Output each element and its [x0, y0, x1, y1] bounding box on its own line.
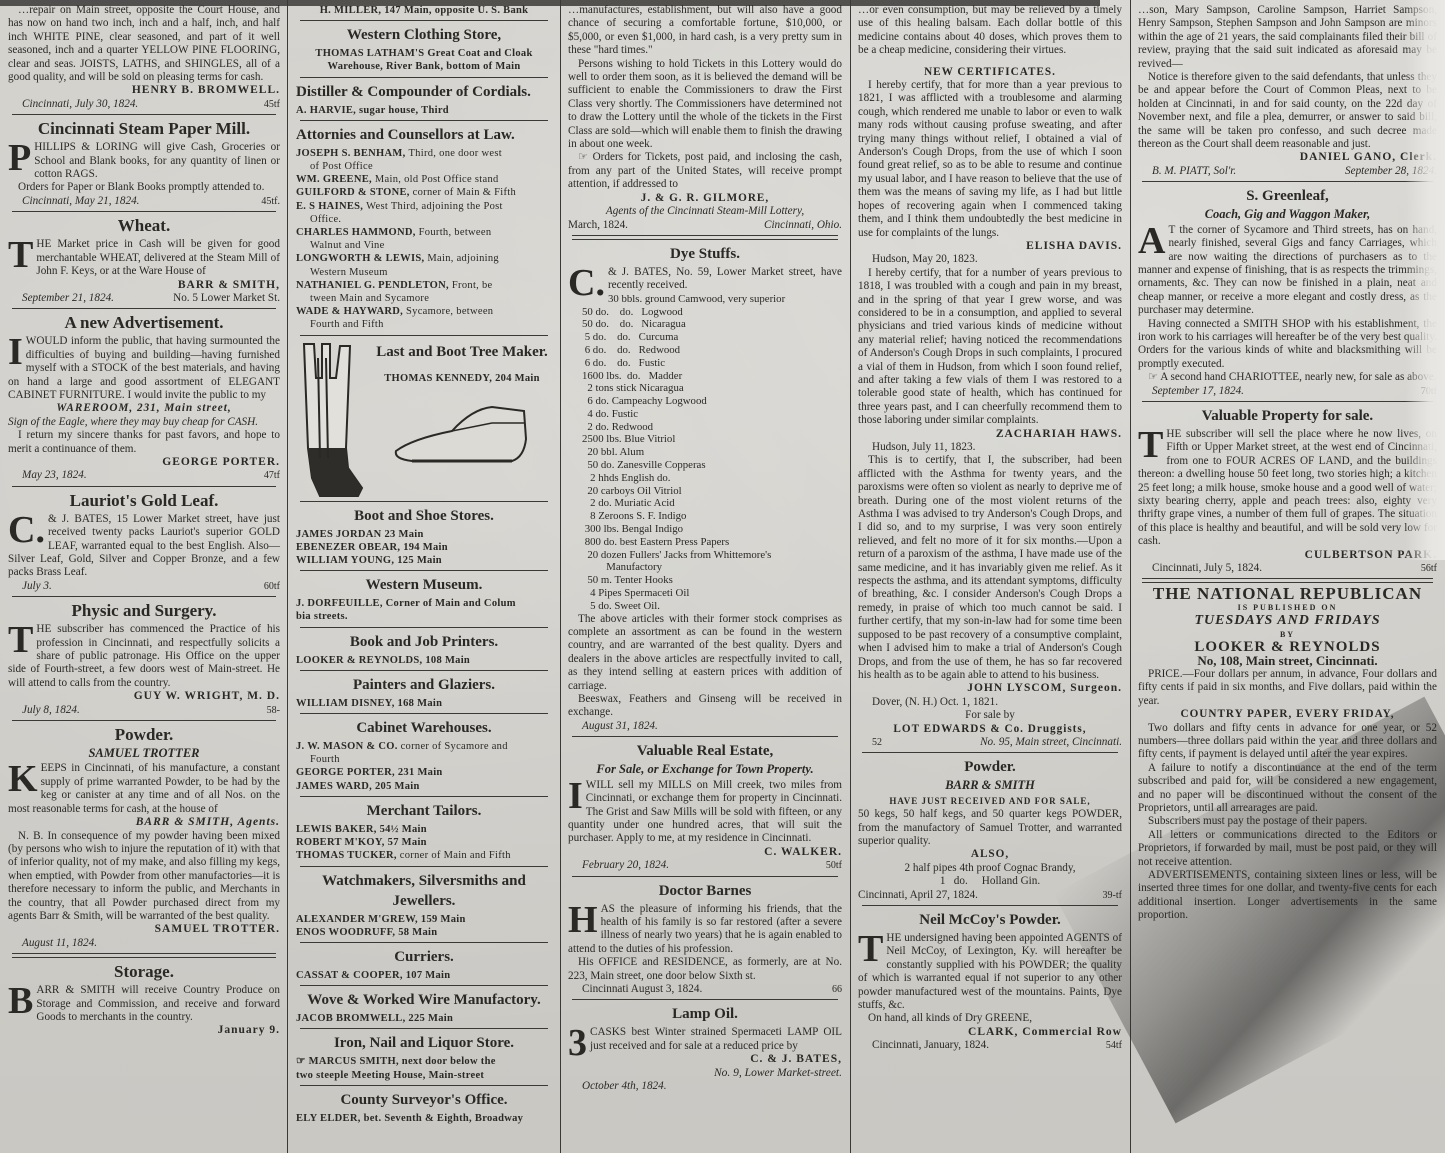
ad-body: CASKS best Winter strained Spermaceti LA… [568, 1026, 842, 1053]
discontinue-terms: A failure to notify a discontinuance at … [1138, 762, 1437, 816]
ad-valuable-property: Valuable Property for sale. T HE subscri… [1138, 406, 1437, 575]
divider [1142, 401, 1433, 402]
divider [12, 720, 276, 721]
divider [300, 570, 548, 571]
seller-line: LOT EDWARDS & Co. Druggists, [858, 723, 1122, 736]
dateline: B. M. PIATT, Sol'r.September 28, 1824. [1138, 165, 1437, 178]
list-item: 2 do. Redwood [568, 421, 842, 434]
ad-title: Powder. [8, 725, 280, 745]
ad-title: Doctor Barnes [568, 881, 842, 901]
ad-title: Storage. [8, 962, 280, 982]
column-1: …repair on Main street, opposite the Cou… [0, 0, 288, 1153]
publisher-address: No, 108, Main street, Cincinnati. [1138, 654, 1437, 667]
ad-body: …repair on Main street, opposite the Cou… [8, 4, 280, 84]
ad-subtitle: Coach, Gig and Waggon Maker, [1138, 208, 1437, 221]
list-item: 20 bbl. Alum [568, 446, 842, 459]
ad-body: Orders for Paper or Blank Books promptly… [8, 181, 280, 194]
signature: GEORGE PORTER. [8, 456, 280, 469]
certificate-text: This is to certify, that I, the subscrib… [858, 454, 1122, 682]
ad-powder-trotter: Powder. SAMUEL TROTTER K EEPS in Cincinn… [8, 725, 280, 950]
divider [300, 335, 548, 336]
drop-cap: A [1138, 226, 1165, 256]
dateline: Cincinnati, April 27, 1824.39-tf [858, 889, 1122, 902]
dateline: Hudson, May 20, 1823. [858, 253, 1122, 266]
listing-line: WILLIAM DISNEY, 168 Main [296, 697, 552, 710]
ad-real-estate: Valuable Real Estate, For Sale, or Excha… [568, 741, 842, 872]
drop-cap: K [8, 764, 38, 794]
list-item: 5 do. Sweet Oil. [568, 600, 842, 613]
advertisement-terms: ADVERTISEMENTS, containing sixteen lines… [1138, 869, 1437, 923]
ad-title: County Surveyor's Office. [296, 1090, 552, 1110]
dateline: August 31, 1824. [568, 720, 842, 733]
signature: J. & G. R. GILMORE, [568, 192, 842, 205]
ad-body: 50 kegs, 50 half kegs, and 50 quarter ke… [858, 808, 1122, 848]
divider [300, 866, 548, 867]
listing-line: H. MILLER, 147 Main, opposite U. S. Bank [296, 4, 552, 17]
divider [1142, 181, 1433, 182]
list-item: 6 do. do. Redwood [568, 344, 842, 357]
signature: ELISHA DAVIS. [858, 240, 1122, 253]
divider [300, 501, 548, 502]
dateline: 52No. 95, Main street, Cincinnati. [858, 736, 1122, 749]
ad-title: Physic and Surgery. [8, 601, 280, 621]
list-item: EBENEZER OBEAR, 194 Main [296, 541, 552, 554]
ad-title: Cincinnati Steam Paper Mill. [8, 119, 280, 139]
list-item: ENOS WOODRUFF, 58 Main [296, 926, 552, 939]
divider [300, 713, 548, 714]
ad-body: …manufactures, establishment, but will a… [568, 4, 842, 58]
signature: C. WALKER. [568, 846, 842, 859]
drop-cap: T [8, 240, 33, 270]
list-item: WADE & HAYWARD, Sycamore, betweenFourth … [296, 305, 552, 331]
ad-title: Dye Stuffs. [568, 244, 842, 264]
ad-title: Western Museum. [296, 575, 552, 595]
list-item: Manufactory [568, 561, 842, 574]
ad-body: ARR & SMITH will receive Country Produce… [8, 984, 280, 1024]
listing-line: ☞ MARCUS SMITH, next door below the [296, 1055, 552, 1068]
list-item: 2 tons stick Nicaragua [568, 382, 842, 395]
signature: CULBERTSON PARK. [1138, 549, 1437, 562]
divider [572, 876, 838, 877]
ad-body: Having connected a SMITH SHOP with his e… [1138, 318, 1437, 372]
signature: BARR & SMITH, [8, 279, 280, 292]
paper-title: THE NATIONAL REPUBLICAN [1138, 587, 1437, 600]
ad-title: Painters and Glaziers. [296, 675, 552, 695]
ad-body: AS the pleasure of informing his friends… [568, 903, 842, 957]
list-item: 50 do. do. Nicaragua [568, 318, 842, 331]
ad-title: Powder. [858, 757, 1122, 777]
list-item: LEWIS BAKER, 54½ Main [296, 823, 552, 836]
ad-body: …son, Mary Sampson, Caroline Sampson, Ha… [1138, 4, 1437, 71]
list-item: 4 do. Fustic [568, 408, 842, 421]
ad-body: The above articles with their former sto… [568, 613, 842, 693]
column-3: …manufactures, establishment, but will a… [560, 0, 850, 1153]
publication-days: TUESDAYS AND FRIDAYS [1138, 614, 1437, 627]
listing-line: THOMAS LATHAM'S Great Coat and Cloak [296, 47, 552, 60]
list-item: LONGWORTH & LEWIS, Main, adjoiningWester… [296, 252, 552, 278]
list-item: 1600 lbs. do. Madder [568, 370, 842, 383]
ad-title: Last and Boot Tree Maker. [372, 342, 552, 362]
divider [300, 1028, 548, 1029]
divider [300, 796, 548, 797]
ad-body: Notice is therefore given to the said de… [1138, 71, 1437, 151]
signature: ZACHARIAH HAWS. [858, 428, 1122, 441]
dateline: Cincinnati, July 30, 1824.45tf [8, 98, 280, 111]
drop-cap: T [8, 625, 33, 655]
list-item: 8 Zeroons S. F. Indigo [568, 510, 842, 523]
list-item: 300 lbs. Bengal Indigo [568, 523, 842, 536]
divider [12, 211, 276, 212]
also-line: ALSO, [858, 848, 1122, 861]
list-item: JOSEPH S. BENHAM, Third, one door westof… [296, 147, 552, 173]
dateline: Cincinnati, May 21, 1824.45tf. [8, 195, 280, 208]
ad-title: Iron, Nail and Liquor Store. [296, 1033, 552, 1053]
ad-title: Wove & Worked Wire Manufactory. [296, 990, 552, 1010]
ad-body: On hand, all kinds of Dry GREENE, [858, 1012, 1122, 1025]
list-item: ROBERT M'KOY, 57 Main [296, 836, 552, 849]
drop-cap: T [858, 934, 883, 964]
dateline: Cincinnati, July 5, 1824.56tf [1138, 562, 1437, 575]
divider [862, 752, 1118, 753]
divider [572, 999, 838, 1000]
listing-line: THOMAS KENNEDY, 204 Main [372, 372, 552, 385]
divider [300, 20, 548, 21]
ad-neil-mccoy-powder: Neil McCoy's Powder. T HE undersigned ha… [858, 910, 1122, 1053]
ad-dye-stuffs: Dye Stuffs. C. & J. BATES, No. 59, Lower… [568, 244, 842, 733]
divider [12, 953, 276, 958]
ad-greenleaf-coach-maker: S. Greenleaf, Coach, Gig and Waggon Make… [1138, 186, 1437, 398]
ad-powder-barr-smith: Powder. BARR & SMITH HAVE JUST RECEIVED … [858, 757, 1122, 902]
ad-body: HE subscriber has commenced the Practice… [8, 623, 280, 690]
listing-line: JACOB BROMWELL, 225 Main [296, 1012, 552, 1025]
column-5: …son, Mary Sampson, Caroline Sampson, Ha… [1130, 0, 1445, 1153]
listing-line: J. DORFEUILLE, Corner of Main and Colum [296, 597, 552, 610]
list-item: GEORGE PORTER, 231 Main [296, 766, 552, 779]
ad-title: S. Greenleaf, [1138, 186, 1437, 206]
ad-attornies: Attornies and Counsellors at Law. JOSEPH… [296, 125, 552, 332]
list-item: 2500 lbs. Blue Vitriol [568, 433, 842, 446]
divider [862, 905, 1118, 906]
ad-chancery-notice: …son, Mary Sampson, Caroline Sampson, Ha… [1138, 4, 1437, 178]
ad-gold-leaf: Lauriot's Gold Leaf. C. & J. BATES, 15 L… [8, 491, 280, 593]
publisher-name: LOOKER & REYNOLDS [1138, 641, 1437, 654]
ad-title: Merchant Tailors. [296, 801, 552, 821]
divider [300, 627, 548, 628]
ad-body: WOULD inform the public, that having sur… [8, 335, 280, 402]
listing-line: A. HARVIE, sugar house, Third [296, 104, 552, 117]
ad-boot-shoe-stores: Boot and Shoe Stores. JAMES JORDAN 23 Ma… [296, 506, 552, 568]
ad-title: Distiller & Compounder of Cordials. [296, 82, 552, 102]
ad-title: Lauriot's Gold Leaf. [8, 491, 280, 511]
listing-line: CASSAT & COOPER, 107 Main [296, 969, 552, 982]
list-item: 4 Pipes Spermaceti Oil [568, 587, 842, 600]
list-item: 50 m. Tenter Hooks [568, 574, 842, 587]
signature: DANIEL GANO, Clerk. [1138, 151, 1437, 164]
list-item: 30 bbls. ground Camwood, very superior [568, 293, 842, 306]
ad-body: …or even consumption, but may be relieve… [858, 4, 1122, 58]
dye-item-list: 30 bbls. ground Camwood, very superior 5… [568, 293, 842, 613]
ad-subtitle: For Sale, or Exchange for Town Property. [568, 763, 842, 776]
ad-western-museum: Western Museum. J. DORFEUILLE, Corner of… [296, 575, 552, 623]
ad-title: Western Clothing Store, [296, 25, 552, 45]
list-item: 20 carboys Oil Vitriol [568, 485, 842, 498]
certificate-text: I hereby certify, that for more than a y… [858, 79, 1122, 240]
ad-title: Valuable Real Estate, [568, 741, 842, 761]
signature: HENRY B. BROMWELL. [8, 84, 280, 97]
ad-subtitle: SAMUEL TROTTER [8, 747, 280, 760]
ad-body: Persons wishing to hold Tickets in this … [568, 58, 842, 152]
divider [300, 670, 548, 671]
divider [1142, 578, 1433, 583]
ad-body: EEPS in Cincinnati, of his manufacture, … [8, 762, 280, 816]
dateline: September 17, 1824.70tf [1138, 385, 1437, 398]
list-item: CHARLES HAMMOND, Fourth, betweenWalnut a… [296, 226, 552, 252]
list-item: WILLIAM YOUNG, 125 Main [296, 554, 552, 567]
drop-cap: H [568, 905, 598, 935]
ad-title: Neil McCoy's Powder. [858, 910, 1122, 930]
ad-title: Lamp Oil. [568, 1004, 842, 1024]
list-item: 50 do. Zanesville Copperas [568, 459, 842, 472]
ad-cabinet-warehouses: Cabinet Warehouses. J. W. MASON & CO. co… [296, 718, 552, 793]
list-item: 5 do. do. Curcuma [568, 331, 842, 344]
ad-watchmakers: Watchmakers, Silversmiths and Jewellers.… [296, 871, 552, 939]
shoe-last-illustration-icon [392, 399, 532, 469]
ad-body: I return my sincere thanks for past favo… [8, 429, 280, 456]
signature: SAMUEL TROTTER. [8, 923, 280, 936]
ad-merchant-tailors: Merchant Tailors. LEWIS BAKER, 54½ Main … [296, 801, 552, 863]
list-item: GUILFORD & STONE, corner of Main & Fifth [296, 186, 552, 199]
ad-body: WILL sell my MILLS on Mill creek, two mi… [568, 779, 842, 846]
list-item: JAMES WARD, 205 Main [296, 780, 552, 793]
attorney-list: JOSEPH S. BENHAM, Third, one door westof… [296, 147, 552, 332]
divider [300, 77, 548, 78]
list-item: 20 dozen Fullers' Jacks from Whittemore'… [568, 549, 842, 562]
ad-western-clothing: Western Clothing Store, THOMAS LATHAM'S … [296, 25, 552, 73]
list-item: 800 do. best Eastern Press Papers [568, 536, 842, 549]
ad-curriers: Curriers. CASSAT & COOPER, 107 Main [296, 947, 552, 982]
ad-bromwell-lumber: …repair on Main street, opposite the Cou… [8, 4, 280, 111]
ad-title: Curriers. [296, 947, 552, 967]
ad-printers: Book and Job Printers. LOOKER & REYNOLDS… [296, 632, 552, 667]
letters-terms: All letters or communications directed t… [1138, 829, 1437, 869]
divider [300, 942, 548, 943]
listing-line: ELY ELDER, bet. Seventh & Eighth, Broadw… [296, 1112, 552, 1125]
list-item: JAMES JORDAN 23 Main [296, 528, 552, 541]
drop-cap: I [8, 337, 23, 367]
list-item: J. W. MASON & CO. corner of Sycamore and… [296, 740, 552, 766]
certificate-text: I hereby certify, that for a number of y… [858, 267, 1122, 428]
drop-cap: T [1138, 430, 1163, 460]
dateline: May 23, 1824.47tf [8, 469, 280, 482]
column-2: H. MILLER, 147 Main, opposite U. S. Bank… [288, 0, 560, 1153]
ad-body: HE undersigned having been appointed AGE… [858, 932, 1122, 1012]
signature: JOHN LYSCOM, Surgeon. [858, 682, 1122, 695]
list-item: 1 do. Holland Gin. [858, 875, 1122, 888]
dateline: January 9. [8, 1024, 280, 1037]
drop-cap: P [8, 143, 31, 173]
dateline: August 11, 1824. [8, 937, 280, 950]
divider [12, 114, 276, 115]
ad-county-surveyor: County Surveyor's Office. ELY ELDER, bet… [296, 1090, 552, 1125]
divider [572, 736, 838, 737]
ad-painters-glaziers: Painters and Glaziers. WILLIAM DISNEY, 1… [296, 675, 552, 710]
drop-cap: C. [568, 268, 605, 298]
ad-body: & J. BATES, 15 Lower Market street, have… [8, 513, 280, 580]
list-item: NATHANIEL G. PENDLETON, Front, between M… [296, 279, 552, 305]
dateline: July 3.60tf [8, 580, 280, 593]
ad-title: Valuable Property for sale. [1138, 406, 1437, 426]
national-republican-masthead: THE NATIONAL REPUBLICAN IS PUBLISHED ON … [1138, 587, 1437, 922]
list-item: 2 half pipes 4th proof Cognac Brandy, [858, 862, 1122, 875]
ad-body: T the corner of Sycamore and Third stree… [1138, 224, 1437, 318]
country-paper-heading: COUNTRY PAPER, EVERY FRIDAY, [1138, 708, 1437, 721]
ad-storage: Storage. B ARR & SMITH will receive Coun… [8, 962, 280, 1038]
list-item: WM. GREENE, Main, old Post Office stand [296, 173, 552, 186]
ad-wheat: Wheat. T HE Market price in Cash will be… [8, 216, 280, 305]
ad-title: Cabinet Warehouses. [296, 718, 552, 738]
section-heading: NEW CERTIFICATES. [858, 66, 1122, 79]
for-sale-line: For sale by [858, 709, 1122, 722]
torn-paper-edge [1405, 0, 1445, 560]
list-item: ALEXANDER M'GREW, 159 Main [296, 913, 552, 926]
list-item: 6 do. do. Fustic [568, 357, 842, 370]
listing-line: two steeple Meeting House, Main-street [296, 1069, 552, 1082]
drop-cap: 3 [568, 1028, 587, 1058]
list-item: 2 hhds English do. [568, 472, 842, 485]
listing-line: bia streets. [296, 610, 552, 623]
column-4: …or even consumption, but may be relieve… [850, 0, 1130, 1153]
list-item: E. S HAINES, West Third, adjoining the P… [296, 200, 552, 226]
price-terms: PRICE.—Four dollars per annum, in advanc… [1138, 668, 1437, 708]
ad-steam-mill-lottery: …manufactures, establishment, but will a… [568, 4, 842, 232]
boot-tree-illustration-icon [296, 338, 366, 498]
ad-title: Wheat. [8, 216, 280, 236]
ad-body: HILLIPS & LORING will give Cash, Groceri… [8, 141, 280, 181]
ad-title: Attornies and Counsellors at Law. [296, 125, 552, 145]
ad-body: His OFFICE and RESIDENCE, as formerly, a… [568, 956, 842, 983]
divider [572, 235, 838, 240]
ad-body: & J. BATES, No. 59, Lower Market street,… [568, 266, 842, 293]
address-line: No. 9, Lower Market-street. [568, 1067, 842, 1080]
ad-last-boot-tree-maker: Last and Boot Tree Maker. THOMAS KENNEDY… [296, 338, 552, 498]
drop-cap: C. [8, 515, 45, 545]
divider [300, 985, 548, 986]
dateline: February 20, 1824.50tf [568, 859, 842, 872]
list-item: 50 do. do. Logwood [568, 306, 842, 319]
list-item: THOMAS TUCKER, corner of Main and Fifth [296, 849, 552, 862]
dateline: July 8, 1824.58- [8, 704, 280, 717]
divider [12, 308, 276, 309]
signature: GUY W. WRIGHT, M. D. [8, 690, 280, 703]
dateline: March, 1824.Cincinnati, Ohio. [568, 219, 842, 232]
dateline: Cincinnati, January, 1824.54tf [858, 1039, 1122, 1052]
list-item: 2 do. Muriatic Acid [568, 497, 842, 510]
ad-title: Watchmakers, Silversmiths and Jewellers. [296, 871, 552, 911]
postage-terms: Subscribers must pay the postage of thei… [1138, 815, 1437, 828]
ad-title: Book and Job Printers. [296, 632, 552, 652]
ad-body: HE Market price in Cash will be given fo… [8, 238, 280, 278]
divider [12, 596, 276, 597]
dateline: Hudson, July 11, 1823. [858, 441, 1122, 454]
listing-line: Warehouse, River Bank, bottom of Main [296, 60, 552, 73]
ad-body: Sign of the Eagle, where they may buy ch… [8, 416, 280, 429]
ad-body: ☞ Orders for Tickets, post paid, and inc… [568, 151, 842, 191]
ad-iron-nail-liquor: Iron, Nail and Liquor Store. ☞ MARCUS SM… [296, 1033, 552, 1081]
drop-cap: B [8, 986, 33, 1016]
agents-line: Agents of the Cincinnati Steam-Mill Lott… [568, 205, 842, 218]
ad-body: ☞ A second hand CHARIOTTEE, nearly new, … [1138, 371, 1437, 384]
dateline: Dover, (N. H.) Oct. 1, 1821. [858, 696, 1122, 709]
ad-distiller: Distiller & Compounder of Cordials. A. H… [296, 82, 552, 117]
ad-lamp-oil: Lamp Oil. 3 CASKS best Winter strained S… [568, 1004, 842, 1093]
ad-title: Boot and Shoe Stores. [296, 506, 552, 526]
ad-wire-manufactory: Wove & Worked Wire Manufactory. JACOB BR… [296, 990, 552, 1025]
signature: C. & J. BATES, [568, 1053, 842, 1066]
divider [12, 486, 276, 487]
listing-line: LOOKER & REYNOLDS, 108 Main [296, 654, 552, 667]
dateline: October 4th, 1824. [568, 1080, 842, 1093]
ad-subtitle: BARR & SMITH [858, 779, 1122, 792]
signature: CLARK, Commercial Row [858, 1026, 1122, 1039]
divider [300, 120, 548, 121]
ad-physic-surgery: Physic and Surgery. T HE subscriber has … [8, 601, 280, 717]
list-item: 6 do. Campeachy Logwood [568, 395, 842, 408]
ad-steam-paper-mill: Cincinnati Steam Paper Mill. P HILLIPS &… [8, 119, 280, 208]
drop-cap: I [568, 781, 583, 811]
ad-title: A new Advertisement. [8, 313, 280, 333]
dateline: September 21, 1824.No. 5 Lower Market St… [8, 292, 280, 305]
ad-doctor-barnes: Doctor Barnes H AS the pleasure of infor… [568, 881, 842, 997]
agents-line: BARR & SMITH, Agents. [8, 816, 280, 829]
ad-body: N. B. In consequence of my powder having… [8, 830, 280, 924]
wareroom-line: WAREROOM, 231, Main street, [8, 402, 280, 415]
ad-body: HE subscriber will sell the place where … [1138, 428, 1437, 549]
ad-new-advertisement: A new Advertisement. I WOULD inform the … [8, 313, 280, 482]
dateline: Cincinnati August 3, 1824.66 [568, 983, 842, 996]
ad-body: Beeswax, Feathers and Ginseng will be re… [568, 693, 842, 720]
divider [300, 1085, 548, 1086]
caps-line: HAVE JUST RECEIVED AND FOR SALE, [858, 795, 1122, 808]
country-paper-terms: Two dollars and fifty cents in advance f… [1138, 722, 1437, 762]
ad-andersons-cough-drops: …or even consumption, but may be relieve… [858, 4, 1122, 749]
